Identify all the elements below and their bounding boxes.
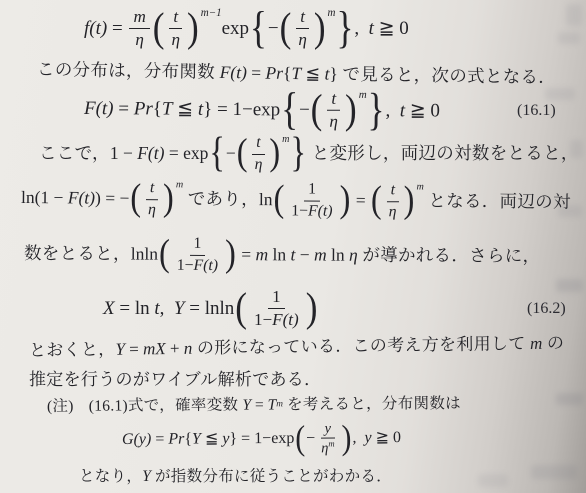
page-bleed-through xyxy=(556,393,583,405)
frac-denominator: η xyxy=(168,29,184,50)
right-brace-icon: } xyxy=(329,66,338,84)
math-op: ≧ 0 xyxy=(405,101,440,120)
math-op: − xyxy=(306,431,315,447)
frac-numerator: t xyxy=(146,179,159,199)
math-func: F(t) xyxy=(220,64,247,82)
frac-denominator: η xyxy=(294,29,310,50)
math-var: y xyxy=(364,430,371,446)
right-paren-icon: ) xyxy=(314,9,326,46)
left-brace-icon: { xyxy=(209,135,225,173)
math-op: = xyxy=(101,190,120,208)
math-func: F(t) xyxy=(193,256,218,273)
formula-density: f(t) = mη(tη)m−1exp{−(tη)m}, t ≧ 0 xyxy=(84,5,409,51)
jp-text: と変形し，両辺の対数をとると， xyxy=(307,145,579,163)
math-var: T xyxy=(268,398,277,414)
formula-exponential: G(y) = Pr{Y ≦ y} = 1−exp(−yηm), y ≧ 0 xyxy=(122,416,401,462)
right-paren-icon: ) xyxy=(269,137,280,171)
math-op: 1 − xyxy=(40,189,68,207)
frac-denominator: η xyxy=(144,200,160,219)
fraction-t-eta: tη xyxy=(144,179,160,218)
math-var: T xyxy=(291,65,301,83)
frac-denominator: 1−F(t) xyxy=(173,255,222,274)
right-paren-icon: ) xyxy=(187,9,199,46)
paragraph-weibull-analysis: 推定を行うのがワイブル解析である． xyxy=(29,367,321,391)
math-func: F(t) xyxy=(68,190,95,208)
paragraph-log-both-sides: ln(1 − F(t)) = −(tη)m であり，ln(11−F(t)) = … xyxy=(21,175,571,226)
math-op: ≧ 0 xyxy=(374,19,409,38)
math-op: = xyxy=(351,192,370,210)
left-brace-icon: { xyxy=(250,7,267,48)
math-op: 1− xyxy=(254,310,272,329)
left-brace-icon: { xyxy=(281,89,298,130)
math-func: f(t) xyxy=(84,19,107,38)
math-op: ≦ xyxy=(172,99,198,118)
math-op: = xyxy=(107,19,127,38)
math-op: lnln xyxy=(131,246,158,264)
fraction-y-etam: yηm xyxy=(317,420,339,457)
book-page-photo: f(t) = mη(tη)m−1exp{−(tη)m}, t ≧ 0 この分布は… xyxy=(0,0,586,493)
left-paren-icon: ( xyxy=(159,238,170,272)
math-op: − xyxy=(226,145,236,163)
right-brace-icon: } xyxy=(290,135,306,173)
exponent: m xyxy=(416,183,423,193)
math-var: mX xyxy=(143,340,166,357)
frac-numerator: t xyxy=(387,182,400,202)
math-op: = xyxy=(113,99,133,118)
frac-numerator: 1 xyxy=(190,235,206,255)
math-op: ≦ xyxy=(201,431,223,447)
page-bleed-through xyxy=(556,279,583,292)
math-op: − xyxy=(299,100,310,119)
frac-numerator: t xyxy=(252,134,264,154)
math-op: lnln xyxy=(205,299,235,318)
math-op: exp xyxy=(253,100,281,119)
math-var: η xyxy=(349,247,358,265)
exponent: m xyxy=(359,90,367,101)
page-bleed-through xyxy=(566,4,582,26)
math-func: Pr xyxy=(265,65,283,83)
math-var: n xyxy=(184,339,193,356)
left-paren-icon: ( xyxy=(295,423,305,454)
right-brace-icon: } xyxy=(367,89,384,130)
left-brace-icon: { xyxy=(153,99,162,118)
frac-numerator: y xyxy=(321,420,336,439)
math-op: ≧ 0 xyxy=(371,430,401,446)
math-var: m xyxy=(530,334,543,351)
math-op: = xyxy=(125,340,143,357)
frac-numerator: m xyxy=(129,7,149,29)
right-paren-icon: ) xyxy=(345,91,357,128)
math-op: = xyxy=(164,145,183,163)
math-op: ln xyxy=(268,247,290,265)
left-paren-icon: ( xyxy=(237,137,248,171)
frac-numerator: t xyxy=(169,7,182,29)
jp-text: (16.1)式で，確率変数 xyxy=(89,398,243,415)
right-paren-icon: ) xyxy=(341,423,351,454)
math-func: F(t) xyxy=(137,145,164,163)
fraction-t-eta: tη xyxy=(294,7,310,49)
left-paren-icon: ( xyxy=(280,9,292,46)
frac-numerator: t xyxy=(327,89,340,111)
paragraph-transform: ここで，1 − F(t) = exp{−(tη)m} と変形し，両辺の対数をとる… xyxy=(39,131,579,177)
jp-text: を考えると，分布関数は xyxy=(283,396,461,413)
page-bleed-through xyxy=(531,465,577,479)
left-paren-icon: ( xyxy=(153,9,165,46)
jp-text: 推定を行うのがワイブル解析である． xyxy=(29,371,321,388)
formula-cdf-16-1: F(t) = Pr{T ≦ t} = 1−exp{−(tη)m}, t ≧ 0 xyxy=(84,85,440,133)
jp-text: ここで， xyxy=(39,145,110,163)
math-var: Y xyxy=(192,431,201,447)
math-var: Y xyxy=(115,340,125,357)
fraction-one-over-1mF: 11−F(t) xyxy=(287,181,337,221)
note-label: (注) xyxy=(47,399,74,415)
math-op: = xyxy=(151,432,168,448)
math-func: G(y) xyxy=(122,432,151,448)
math-op: 1− xyxy=(232,100,252,119)
math-op: ln xyxy=(259,191,273,209)
math-op: 1− xyxy=(254,431,271,447)
math-op: 1− xyxy=(177,256,194,273)
math-op: = xyxy=(251,398,268,414)
math-func: F(t) xyxy=(308,202,333,219)
jp-text: が導かれる．さらに， xyxy=(358,247,541,265)
frac-denominator: η xyxy=(251,155,267,174)
math-op: − xyxy=(268,19,279,38)
math-op: , xyxy=(160,299,174,318)
page-bleed-through xyxy=(558,32,580,44)
math-var: Y xyxy=(174,299,185,318)
right-brace-icon: } xyxy=(336,7,353,48)
frac-denominator: ηm xyxy=(317,439,339,458)
math-op: + xyxy=(166,339,184,356)
frac-denominator: η xyxy=(325,110,342,131)
math-var: Y xyxy=(142,469,151,485)
math-op: exp xyxy=(271,431,294,447)
page-bleed-through xyxy=(478,474,508,487)
note-line: (注)(16.1)式で，確率変数 Y = Tm を考えると，分布関数は xyxy=(47,393,461,418)
exponent: m−1 xyxy=(201,8,222,19)
math-op: 1− xyxy=(291,202,308,219)
jp-text: この分布は，分布関数 xyxy=(37,61,220,81)
paragraph-linear-form: とおくと，Y = mX + n の形になっている．この考え方を利用して m の xyxy=(29,331,565,362)
jp-text: であり， xyxy=(183,191,259,209)
fraction-m-eta: mη xyxy=(129,7,149,49)
exponent: m xyxy=(282,135,289,145)
page-bleed-through xyxy=(558,205,582,217)
right-paren-icon: ) xyxy=(163,182,174,216)
jp-text: 数をとると， xyxy=(24,245,131,263)
math-func: F(t) xyxy=(272,310,299,329)
math-op: = xyxy=(212,99,232,118)
math-op: ln xyxy=(21,189,35,207)
math-op: exp xyxy=(222,19,249,38)
formula-substitution-16-2: X = ln t, Y = lnln(11−F(t)) xyxy=(103,285,318,331)
math-op: ln xyxy=(327,247,349,265)
fraction-t-eta: tη xyxy=(168,7,184,49)
math-op: ln xyxy=(135,299,155,318)
math-op: , xyxy=(352,430,364,446)
math-op: 1 − xyxy=(110,145,137,163)
frac-numerator: 1 xyxy=(268,287,285,309)
jp-text: となり， xyxy=(79,469,142,485)
math-op: = xyxy=(184,299,204,318)
exponent: m xyxy=(176,181,183,191)
fraction-t-eta: tη xyxy=(251,134,267,173)
jp-text: となる．両辺の対 xyxy=(424,193,571,212)
equation-number-16-2: (16.2) xyxy=(527,300,566,318)
frac-numerator: t xyxy=(296,7,309,29)
frac-denominator: 1−F(t) xyxy=(287,201,336,221)
frac-denominator: η xyxy=(131,29,147,50)
math-func: Pr xyxy=(134,99,153,118)
math-var: m xyxy=(255,246,268,264)
math-func: Pr xyxy=(168,432,184,448)
frac-numerator: 1 xyxy=(304,181,320,201)
left-paren-icon: ( xyxy=(235,289,247,326)
math-op: , xyxy=(385,101,399,120)
note-conclusion: となり，Y が指数分布に従うことがわかる． xyxy=(79,466,392,488)
right-brace-icon: } xyxy=(203,99,212,118)
left-brace-icon: { xyxy=(283,65,292,83)
right-brace-icon: } xyxy=(229,431,237,447)
paragraph-loglog: 数をとると，lnln(11−F(t)) = m ln t − m ln η が導… xyxy=(24,231,541,280)
math-op: ≦ xyxy=(301,65,325,83)
fraction-one-over-1mF: 11−F(t) xyxy=(250,287,303,329)
page-bleed-through xyxy=(570,140,583,158)
math-var: T xyxy=(162,99,173,118)
math-var: Y xyxy=(242,398,251,414)
fraction-one-over-1mF: 11−F(t) xyxy=(173,235,222,274)
left-paren-icon: ( xyxy=(371,184,382,218)
math-op: exp xyxy=(183,145,208,163)
fraction-t-eta: tη xyxy=(385,182,401,221)
equation-number-16-1: (16.1) xyxy=(517,102,556,120)
left-paren-icon: ( xyxy=(130,182,141,216)
math-op: = xyxy=(247,65,266,83)
left-brace-icon: { xyxy=(184,432,192,448)
right-paren-icon: ) xyxy=(225,238,236,272)
right-paren-icon: ) xyxy=(403,184,414,218)
math-op: − xyxy=(119,190,129,208)
exponent: m xyxy=(328,8,336,19)
math-op: = xyxy=(237,431,254,447)
fraction-t-eta: tη xyxy=(325,89,342,131)
math-func: F(t) xyxy=(84,99,114,118)
jp-text: とおくと， xyxy=(29,340,116,358)
jp-text: の形になっている．この考え方を利用して xyxy=(192,335,530,357)
jp-text: の xyxy=(542,334,564,351)
jp-text: が指数分布に従うことがわかる． xyxy=(151,469,392,485)
right-paren-icon: ) xyxy=(339,184,350,218)
math-var: X xyxy=(103,299,115,318)
math-op: = xyxy=(237,246,256,264)
math-op: , xyxy=(354,19,368,38)
math-var: m xyxy=(314,247,327,265)
left-paren-icon: ( xyxy=(311,91,323,128)
page-bleed-through xyxy=(545,88,575,100)
exponent: m xyxy=(328,439,334,449)
frac-denominator: 1−F(t) xyxy=(250,309,303,330)
math-op: − xyxy=(295,247,314,265)
left-paren-icon: ( xyxy=(273,183,284,217)
right-paren-icon: ) xyxy=(306,289,318,326)
frac-denominator: η xyxy=(385,202,401,221)
math-op: = xyxy=(115,299,135,318)
